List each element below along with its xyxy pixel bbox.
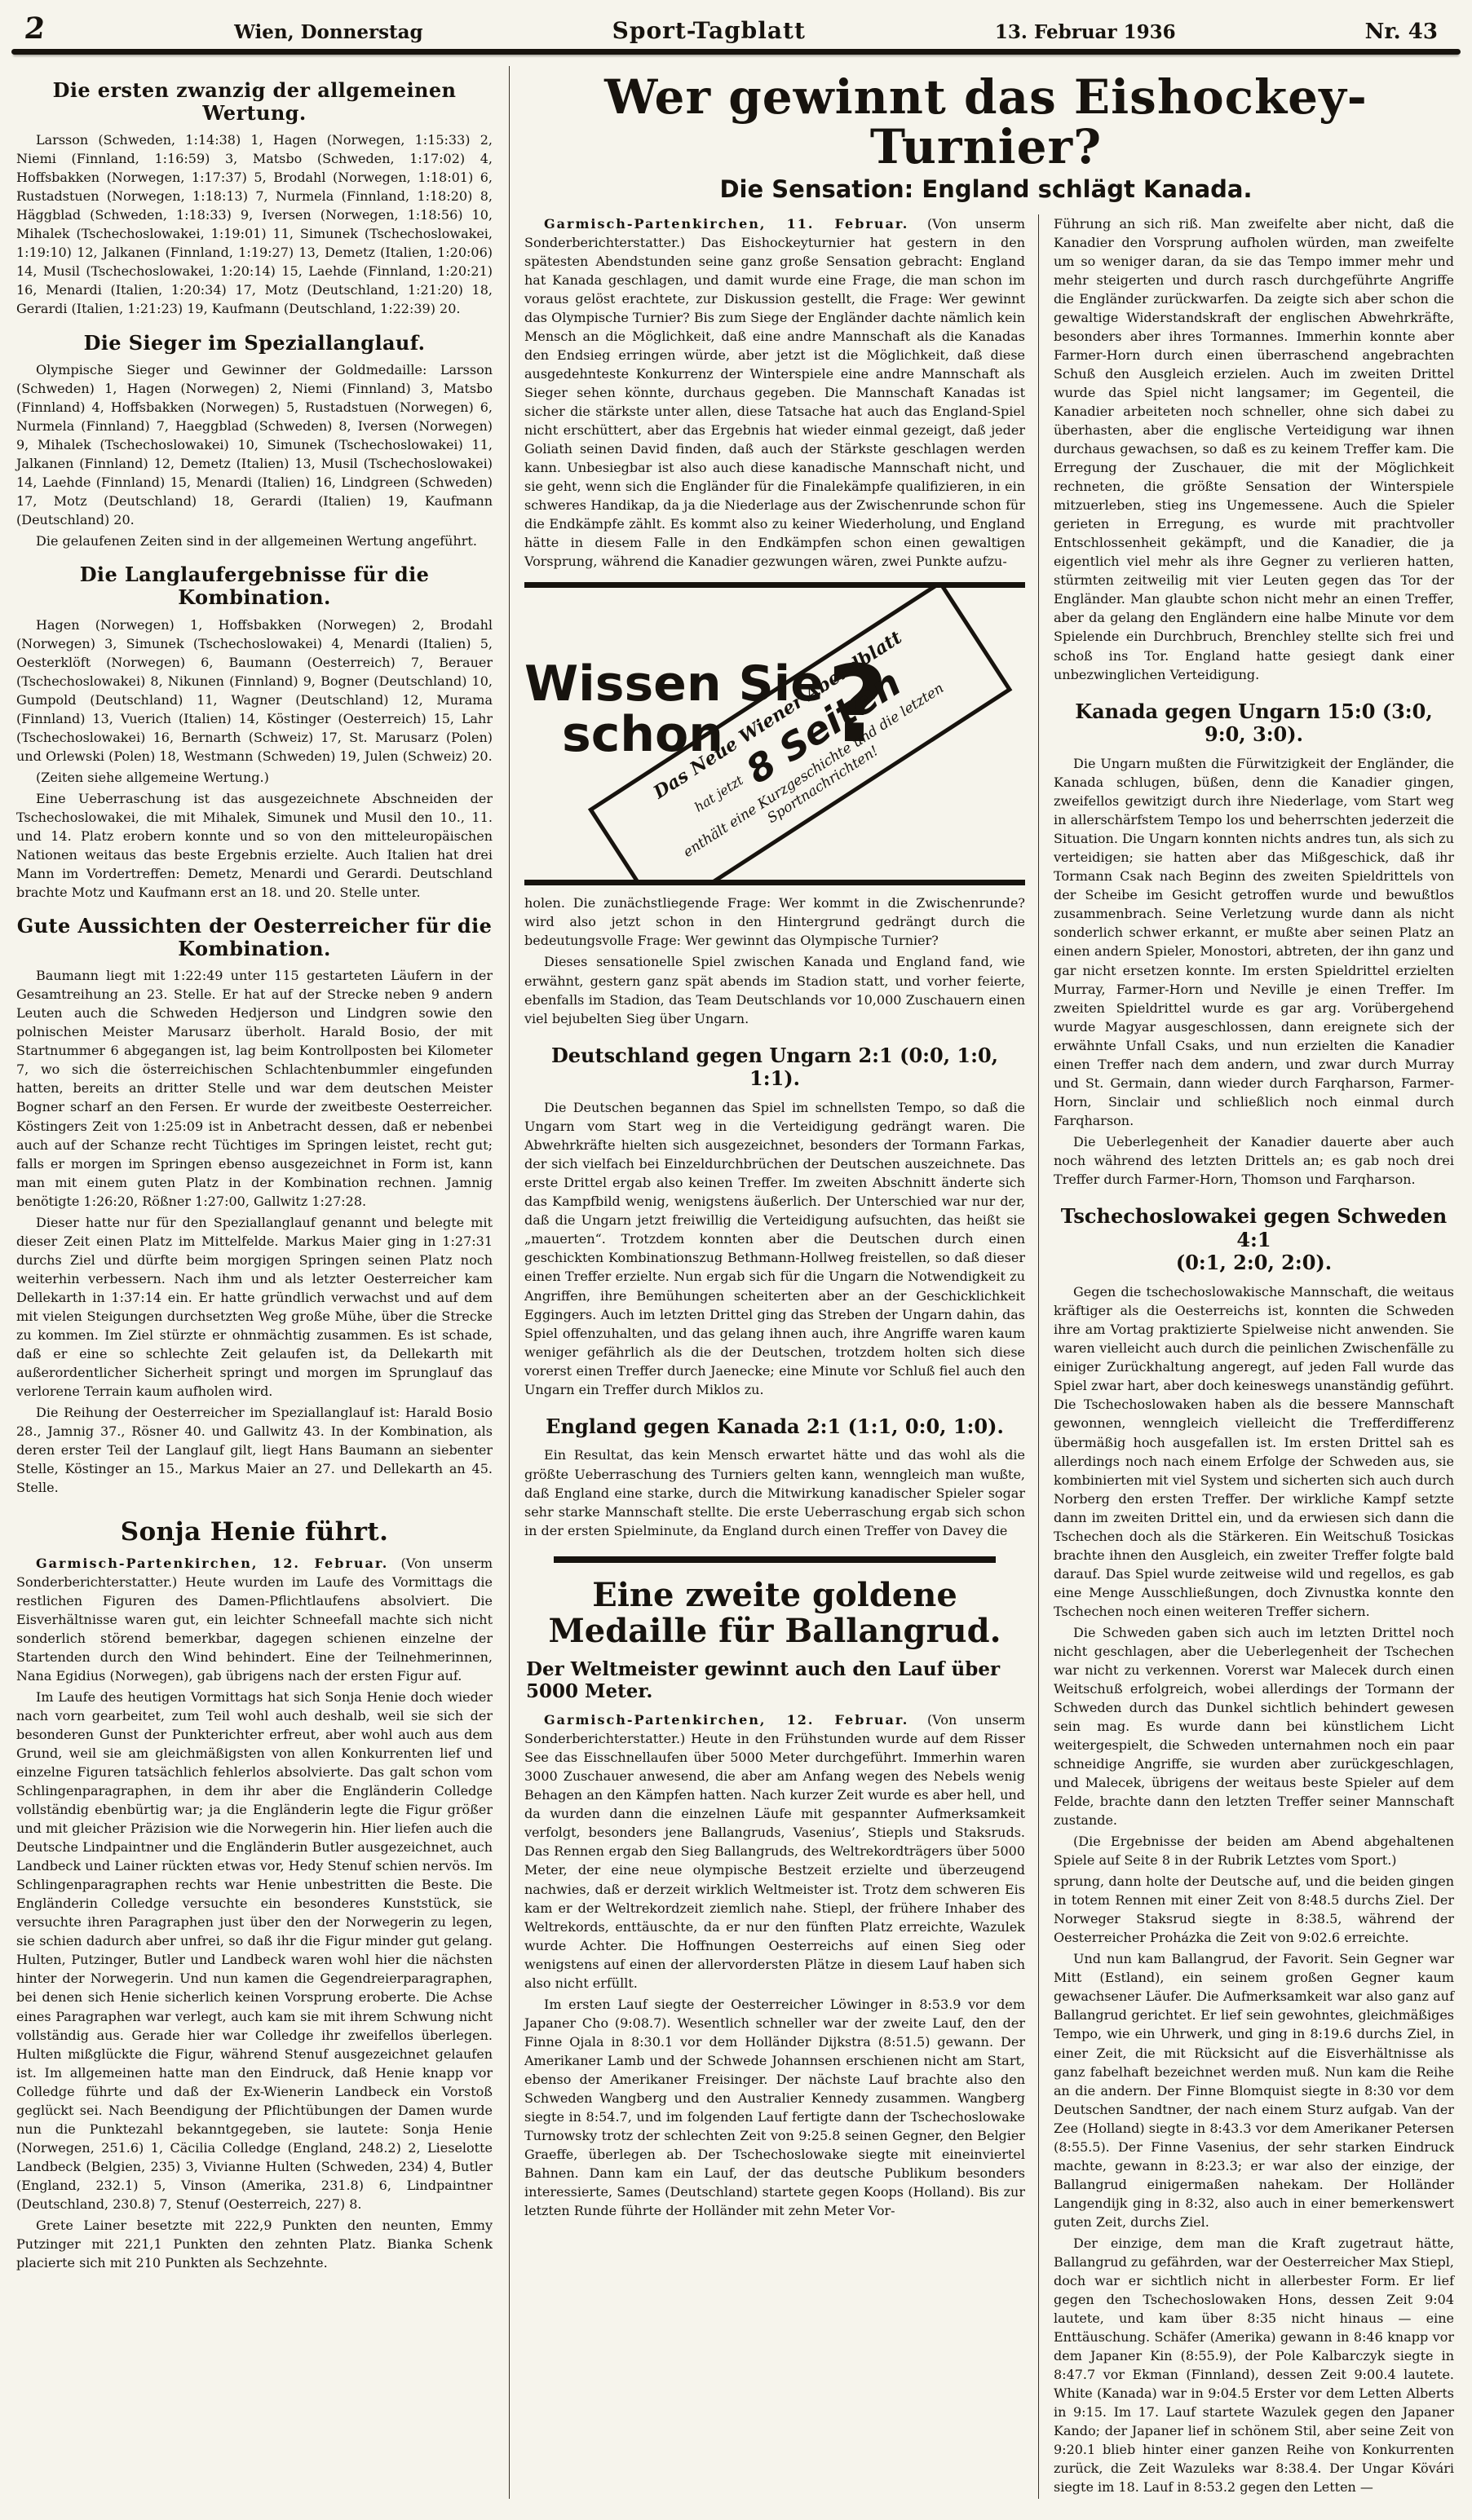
article-paragraph: Dieses sensationelle Spiel zwischen Kana… xyxy=(524,952,1025,1027)
ad-banner-jetzt: jetzt xyxy=(714,773,746,801)
article-paragraph: Gegen die tschechoslowakische Mannschaft… xyxy=(1054,1282,1454,1621)
article-paragraph: Die Reihung der Oesterreicher im Spezial… xyxy=(16,1403,493,1497)
scoreline-england-canada: England gegen Kanada 2:1 (1:1, 0:0, 1:0)… xyxy=(524,1415,1025,1439)
article-paragraph: (Zeiten siehe allgemeine Wertung.) xyxy=(16,768,493,787)
paragraph-text: (Von unserm Sonderberichterstatter.) Heu… xyxy=(524,1712,1025,1990)
article-paragraph: Die Deutschen begannen das Spiel im schn… xyxy=(524,1098,1025,1399)
scoreline-canada-hungary: Kanada gegen Ungarn 15:0 (3:0, 9:0, 3:0)… xyxy=(1054,700,1454,748)
article-paragraph: Hagen (Norwegen) 1, Hoffsbakken (Norwege… xyxy=(16,616,493,766)
article-paragraph: Der einzige, dem man die Kraft zugetraut… xyxy=(1054,2234,1454,2496)
main-subheadline: Die Sensation: England schlägt Kanada. xyxy=(510,175,1462,203)
editorial-note: (Die Ergebnisse der beiden am Abend abge… xyxy=(1054,1832,1454,1869)
article-paragraph: Baumann liegt mit 1:22:49 unter 115 gest… xyxy=(16,966,493,1210)
article-paragraph: Im Laufe des heutigen Vormittags hat sic… xyxy=(16,1688,493,2213)
ad-banner-hat: hat xyxy=(692,791,718,815)
article-paragraph: Garmisch-Partenkirchen, 12. Februar. (Vo… xyxy=(524,1710,1025,1992)
paragraph-text: (Von unserm Sonderberichterstatter.) Heu… xyxy=(16,1556,493,1684)
ad-box-neues-wiener-abendblatt: Wissen Sie schon ? Das Neue Wiener Abend… xyxy=(524,582,1025,885)
page-columns: Die ersten zwanzig der allgemeinen Wertu… xyxy=(10,66,1462,2499)
subheadline-ballangrud: Der Weltmeister gewinnt auch den Lauf üb… xyxy=(526,1658,1025,1702)
dateline: Garmisch-Partenkirchen, 12. Februar. xyxy=(36,1556,388,1571)
scoreline-line2: (0:1, 2:0, 2:0). xyxy=(1054,1251,1454,1275)
scoreline-czechoslovakia-sweden: Tschechoslowakei gegen Schweden 4:1 (0:1… xyxy=(1054,1205,1454,1275)
article-paragraph: Führung an sich riß. Man zweifelte aber … xyxy=(1054,214,1454,684)
headline-langlaufergebnisse: Die Langlaufergebnisse für die Kombinati… xyxy=(16,563,493,608)
issue-number: Nr. 43 xyxy=(1365,20,1438,44)
article-paragraph: Die gelaufenen Zeiten sind in der allgem… xyxy=(16,532,493,550)
page-number: 2 xyxy=(23,11,46,46)
dateline: Garmisch-Partenkirchen, 11. Februar. xyxy=(544,216,908,232)
masthead-rule xyxy=(11,49,1461,55)
article-paragraph: Und nun kam Ballangrud, der Favorit. Sei… xyxy=(1054,1949,1454,2231)
column-left: Die ersten zwanzig der allgemeinen Wertu… xyxy=(10,66,509,2499)
hockey-columns: Garmisch-Partenkirchen, 11. Februar. (Vo… xyxy=(510,214,1462,2499)
column-right: Führung an sich riß. Man zweifelte aber … xyxy=(1038,214,1462,2499)
article-paragraph: Eine Ueberraschung ist das ausgezeichnet… xyxy=(16,789,493,902)
article-divider-rule xyxy=(554,1556,996,1563)
main-headline: Wer gewinnt das Eishockey-Turnier? xyxy=(516,73,1456,172)
article-paragraph: Dieser hatte nur für den Speziallanglauf… xyxy=(16,1213,493,1401)
masthead-day: Wien, Donnerstag xyxy=(234,21,423,43)
headline-gute-aussichten: Gute Aussichten der Oesterreicher für di… xyxy=(16,915,493,960)
article-paragraph: Die Ungarn mußten die Fürwitzigkeit der … xyxy=(1054,754,1454,1130)
article-paragraph: Larsson (Schweden, 1:14:38) 1, Hagen (No… xyxy=(16,130,493,318)
article-paragraph: Ein Resultat, das kein Mensch erwartet h… xyxy=(524,1445,1025,1539)
headline-allgemeine-wertung: Die ersten zwanzig der allgemeinen Wertu… xyxy=(16,79,493,124)
dateline: Garmisch-Partenkirchen, 12. Februar. xyxy=(544,1712,908,1728)
article-paragraph: Garmisch-Partenkirchen, 12. Februar. (Vo… xyxy=(16,1554,493,1685)
article-paragraph: Garmisch-Partenkirchen, 11. Februar. (Vo… xyxy=(524,214,1025,572)
scoreline-line1: Tschechoslowakei gegen Schweden 4:1 xyxy=(1054,1205,1454,1252)
headline-speziallanglauf: Die Sieger im Speziallanglauf. xyxy=(16,332,493,355)
headline-sonja-henie: Sonja Henie führt. xyxy=(16,1518,493,1547)
article-paragraph: Olympische Sieger und Gewinner der Goldm… xyxy=(16,360,493,529)
headline-ballangrud: Eine zweite goldene Medaille für Ballang… xyxy=(524,1578,1025,1651)
article-paragraph: Die Schweden gaben sich auch im letzten … xyxy=(1054,1623,1454,1829)
masthead-date: 13. Februar 1936 xyxy=(995,21,1176,43)
article-paragraph: sprung, dann holte der Deutsche auf, und… xyxy=(1054,1872,1454,1947)
masthead-title: Sport-Tagblatt xyxy=(612,17,806,44)
scoreline-germany-hungary: Deutschland gegen Ungarn 2:1 (0:0, 1:0, … xyxy=(524,1044,1025,1092)
paragraph-text: (Von unserm Sonderberichterstatter.) Das… xyxy=(524,216,1025,570)
article-paragraph: holen. Die zunächstliegende Frage: Wer k… xyxy=(524,894,1025,950)
article-paragraph: Im ersten Lauf siegte der Oesterreicher … xyxy=(524,1995,1025,2220)
article-paragraph: Grete Lainer besetzte mit 222,9 Punkten … xyxy=(16,2216,493,2272)
newspaper-page: 2 Wien, Donnerstag Sport-Tagblatt 13. Fe… xyxy=(0,0,1472,2520)
column-center: Garmisch-Partenkirchen, 11. Februar. (Vo… xyxy=(510,214,1038,2499)
article-paragraph: Die Ueberlegenheit der Kanadier dauerte … xyxy=(1054,1132,1454,1189)
column-right-group: Wer gewinnt das Eishockey-Turnier? Die S… xyxy=(509,66,1462,2499)
masthead: 2 Wien, Donnerstag Sport-Tagblatt 13. Fe… xyxy=(10,3,1462,46)
